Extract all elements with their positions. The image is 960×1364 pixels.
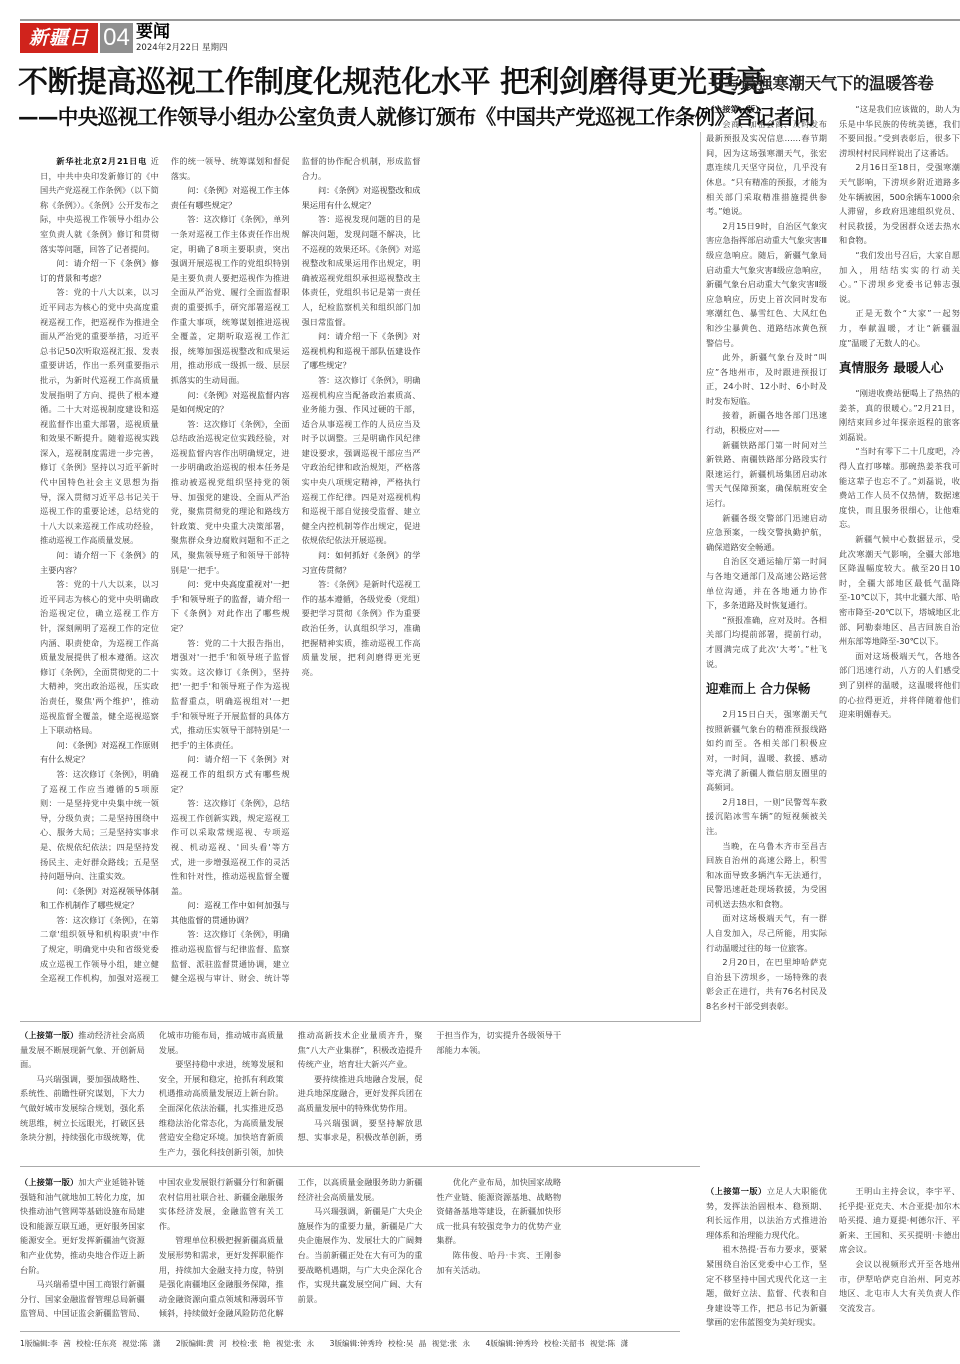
continued-label: （上接第一版） xyxy=(706,1186,767,1196)
paragraph: 2月15日9时，自治区气象灾害应急指挥部启动重大气象灾害Ⅲ级应急响应。随后，新疆… xyxy=(706,219,827,350)
continued-label: （上接第一版） xyxy=(20,1177,78,1187)
paragraph: “刚进收费站便喝上了热热的姜茶，真的很暖心。”2月21日，刚结束回乡过年探亲返程… xyxy=(839,386,960,444)
question: 问：请介绍一下《条例》对巡视机构和巡视干部队伍建设作了哪些规定？ xyxy=(302,329,421,373)
paragraph: 面对这场极端天气，有一群人自发加入，尽己所能，用实际行动温暖过往的每一位旅客。 xyxy=(706,911,827,955)
question: 问：党中央高度重视对'一把手'和领导班子的监督，请介绍一下《条例》对此作出了哪些… xyxy=(171,577,290,635)
answer: 答：党的二十大报告指出，增强对'一把手'和领导班子监督实效。这次修订《条例》，坚… xyxy=(171,636,290,753)
question: 问：巡视工作中如何加强与其他监督的贯通协调？ xyxy=(171,898,290,927)
continued-label: （上接第一版） xyxy=(706,102,827,117)
answer: 答：《条例》是新时代巡视工作的基本遵循，各级党委（党组）要把学习贯彻《条例》作为… xyxy=(302,577,421,679)
answer: 答：党的十八大以来，以习近平同志为核心的党中央明确政治巡视定位，确立巡视工作方针… xyxy=(40,577,159,738)
paragraph: 此外，新疆气象台及时“叫应”各地州市，及时跟进预报订正，24小时、12小时、6小… xyxy=(706,350,827,408)
answer: 答：这次修订《条例》，总结巡视工作创新实践，规定巡视工作可以采取常规巡视、专项巡… xyxy=(171,796,290,898)
editor-credits: 1版编辑:李 茜 校检:任东亮 视觉:陈 潇 2版编辑:黄 河 校检:张 艳 视… xyxy=(20,1338,700,1349)
question: 问：《条例》对巡视监督内容是如何规定的？ xyxy=(171,388,290,417)
paragraph: “当时有零下二十几度吧，冷得人直打哆嗦。那碗热姜茶我可能这辈子也忘不了。”刘磊说… xyxy=(839,444,960,532)
paragraph: 新疆铁路部门第一时间对兰新铁路、南疆铁路部分路段实行限速运行，新疆机场集团启动冰… xyxy=(706,438,827,511)
main-subhead: ——中央巡视工作领导小组办公室负责人就修订颁布《中国共产党巡视工作条例》答记者问 xyxy=(18,104,698,130)
paragraph: 王明山主持会议，李宇平、托乎提·亚克夫、木合亚提·加尔木哈买提、迪力夏提·柯德尔… xyxy=(839,1184,960,1257)
section-name: 要闻 xyxy=(136,23,228,41)
issue-date: 2024年2月22日 星期四 xyxy=(136,43,228,53)
paragraph: （上接第一版）立足人大职能优势，发挥法治固根本、稳预期、利长远作用，以法治方式推… xyxy=(706,1184,827,1242)
answer: 答：这次修订《条例》，明确了巡视工作应当遵循的5项原则：一是坚持党中央集中统一领… xyxy=(40,767,159,884)
answer: 答：这次修订《条例》，全面总结政治巡视定位实践经验，对巡视监督内容作出明确规定，… xyxy=(171,417,290,578)
masthead: 新疆日报 04 要闻 2024年2月22日 星期四 xyxy=(20,23,228,53)
main-headline: 不断提高巡视工作制度化规范化水平 把利剑磨得更光更亮 xyxy=(18,64,698,102)
paragraph: 会商、加密会商、及时发布最新预报及实况信息……春节期间，因为这场强寒潮天气，张宏… xyxy=(706,117,827,219)
paragraph: 2月16日至18日，受强寒潮天气影响，下涝坝乡附近道路多处车辆被困，500余辆车… xyxy=(839,160,960,248)
paragraph: 新疆气候中心数据显示，受此次寒潮天气影响，全疆大部地区降温幅度较大。截至20日1… xyxy=(839,532,960,649)
footer-rule xyxy=(20,1331,680,1332)
paragraph: “这是我们应该做的，助人为乐是中华民族的传统美德，我们不要回报。”受到表彰后，很… xyxy=(839,102,960,160)
side-article-body: （上接第一版） 会商、加密会商、及时发布最新预报及实况信息……春节期间，因为这场… xyxy=(706,102,960,1017)
dateline: 新华社北京2月21日电 xyxy=(56,156,147,166)
paragraph: 2月15日白天，强寒潮天气按照新疆气象台的精准预报线路如约而至。各相关部门积极应… xyxy=(706,707,827,795)
answer: 答：党的十八大以来，以习近平同志为核心的党中央高度重视巡视工作，把巡视作为推进全… xyxy=(40,285,159,548)
credit-page-4: 4版编辑:钟秀玲 校检:关韶书 视觉:陈 潇 xyxy=(486,1339,629,1348)
side-article-title: 书写最强寒潮天气下的温暖答卷 xyxy=(708,70,958,94)
paragraph: 祖木热提·吾布力要求，要紧紧围绕自治区党委中心工作，坚定不移坚持中国式现代化这一… xyxy=(706,1242,827,1330)
main-article-body: 新华社北京2月21日电 近日，中共中央印发新修订的《中国共产党巡视工作条例》（以… xyxy=(40,154,682,1004)
side-subhead-1: 迎难而上 合力保畅 xyxy=(706,681,827,697)
continued-article-1: （上接第一版）推动经济社会高质量发展不断展现新气象、开创新局面。 马兴瑞强调，要… xyxy=(20,1028,700,1162)
question: 问：《条例》对巡视整改和成果运用有什么规定？ xyxy=(302,183,421,212)
paragraph: 接着，新疆各地各部门迅速行动，积极应对—— xyxy=(706,408,827,437)
side-subhead-2: 真情服务 最暖人心 xyxy=(839,360,960,376)
paragraph: 2月18日，一则“民警驾车救援沉陷冰雪车辆”的短视频被关注。 xyxy=(706,795,827,839)
paragraph: 当晚，在乌鲁木齐市至昌吉回族自治州的高速公路上，积雪和冰面导致多辆汽车无法通行，… xyxy=(706,839,827,912)
paragraph: （上接第一版）推动经济社会高质量发展不断展现新气象、开创新局面。 xyxy=(20,1028,145,1072)
page-number: 04 xyxy=(100,23,133,53)
question: 问：如何抓好《条例》的学习宣传贯彻？ xyxy=(302,548,421,577)
paragraph: 会议以视频形式开至各地州市，伊犁哈萨克自治州、阿克苏地区、北屯市人大有关负责人作… xyxy=(839,1257,960,1315)
paragraph: （上接第一版）加大产业延链补链强链和油气就地加工转化力度，加快推动油气管网等基础… xyxy=(20,1175,145,1277)
credit-page-2: 2版编辑:黄 河 校检:张 艳 视觉:张 永 xyxy=(176,1339,314,1348)
top-rule xyxy=(20,19,960,21)
paragraph: 优化产业布局，加快国家战略性产业链、能源资源基地、战略物资储备基地等建设，在新疆… xyxy=(436,1175,561,1248)
continued-article-2: （上接第一版）加大产业延链补链强链和油气就地加工转化力度，加快推动油气管网等基础… xyxy=(20,1175,700,1325)
column-divider xyxy=(700,132,701,1022)
lead-paragraph: 新华社北京2月21日电 近日，中共中央印发新修订的《中国共产党巡视工作条例》（以… xyxy=(40,154,159,256)
credit-page-3: 3版编辑:钟秀玲 校检:吴 晶 视觉:张 永 xyxy=(330,1339,470,1348)
paragraph: 自治区交通运输厅第一时间与各地交通部门及高速公路运营单位沟通，并在各地通力协作下… xyxy=(706,554,827,612)
question: 问：请介绍一下《条例》的主要内容？ xyxy=(40,548,159,577)
paragraph: 要持续推进兵地融合发展，促进兵地深度融合，更好发挥兵团在高质量发展中的特殊优势作… xyxy=(298,1072,423,1116)
paragraph: 马兴瑞强调，新疆是广大央企施展作为的重要力量，新疆是广大央企施展作为、发展壮大的… xyxy=(298,1204,423,1306)
newspaper-logo: 新疆日报 xyxy=(20,23,98,53)
continued-article-3: （上接第一版）立足人大职能优势，发挥法治固根本、稳预期、利长远作用，以法治方式推… xyxy=(706,1184,960,1354)
question: 问：请介绍一下《条例》修订的背景和考虑？ xyxy=(40,256,159,285)
paragraph: “我们发出号召后，大家自愿加入，用结结实实的行动关心。”下涝坝乡党委书记韩志强说… xyxy=(839,248,960,306)
paragraph: 正是无数个“大家”一起努力，奉献温暖，才让“新疆温度”温暖了无数人的心。 xyxy=(839,306,960,350)
answer: 答：这次修订《条例》，明确巡视机构应当配备政治素质高、业务能力强、作风过硬的干部… xyxy=(302,373,421,548)
answer: 答：这次修订《条例》，单列一条对巡视工作主体责任作出规定，明确了8项主要职责，突… xyxy=(171,212,290,387)
paragraph: 面对这场极端天气，各地各部门迅速行动，八方的人们感受到了别样的温暖，这温暖将他们… xyxy=(839,649,960,722)
continued-label: （上接第一版） xyxy=(20,1030,78,1040)
paragraph: 2月20日，在巴里坤哈萨克自治县下涝坝乡，一场特殊的表彰会正在进行，共有76名村… xyxy=(706,955,827,1013)
credit-page-1: 1版编辑:李 茜 校检:任东亮 视觉:陈 潇 xyxy=(20,1339,160,1348)
question: 问：请介绍一下《条例》对巡视工作的组织方式有哪些规定？ xyxy=(171,752,290,796)
section-divider xyxy=(20,1021,700,1022)
question: 问：《条例》对巡视工作原则有什么规定？ xyxy=(40,738,159,767)
paragraph: 新疆各级交警部门迅速启动应急预案，一线交警执勤护航，确保道路安全畅通。 xyxy=(706,511,827,555)
section-block: 要闻 2024年2月22日 星期四 xyxy=(136,23,228,53)
question: 问：《条例》对巡视工作主体责任有哪些规定？ xyxy=(171,183,290,212)
answer: 答：巡视发现问题的目的是解决问题，发现问题不解决，比不巡视的效果还坏。《条例》对… xyxy=(302,212,421,329)
section-divider xyxy=(20,1166,700,1167)
paragraph: 陈伟俊、哈丹·卡宾、王刚参加有关活动。 xyxy=(436,1248,561,1277)
paragraph: “预报准确，应对及时。各相关部门均提前部署，提前行动，才圆满完成了此次‘大考’。… xyxy=(706,613,827,671)
question: 问：《条例》对巡视领导体制和工作机制作了哪些规定？ xyxy=(40,884,159,913)
